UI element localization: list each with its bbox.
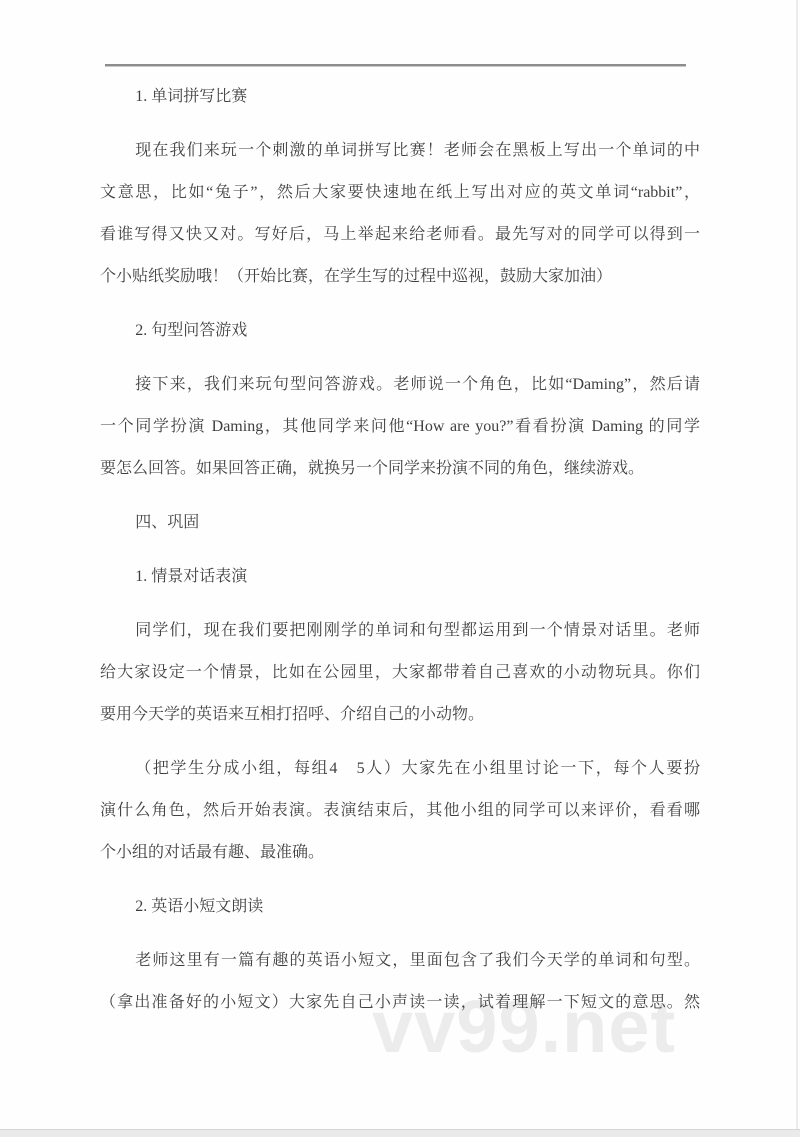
section-heading: 四、巩固 <box>100 502 700 544</box>
section-heading: 2. 英语小短文朗读 <box>100 886 700 928</box>
paragraph-line: 要用今天学的英语来互相打招呼、介绍自己的小动物。 <box>100 694 700 736</box>
paragraph-line: 看谁写得又快又对。写好后，马上举起来给老师看。最先写对的同学可以得到一 <box>100 214 700 256</box>
paragraph-line: 现在我们来玩一个刺激的单词拼写比赛！老师会在黑板上写出一个单词的中 <box>100 130 700 172</box>
paragraph-line: 一个同学扮演 Daming，其他同学来问他“How are you?”看看扮演 … <box>100 406 700 448</box>
paragraph-line: 老师这里有一篇有趣的英语小短文，里面包含了我们今天学的单词和句型。 <box>100 940 700 982</box>
paragraph-line: 同学们，现在我们要把刚刚学的单词和句型都运用到一个情景对话里。老师 <box>100 610 700 652</box>
paragraph-line: 接下来，我们来玩句型问答游戏。老师说一个角色，比如“Daming”，然后请 <box>100 364 700 406</box>
section-heading: 1. 单词拼写比赛 <box>100 76 700 118</box>
paragraph-line: 文意思，比如“兔子”，然后大家要快速地在纸上写出对应的英文单词“rabbit”， <box>100 172 700 214</box>
page-top-rule <box>105 64 686 67</box>
paragraph-line: 要怎么回答。如果回答正确，就换另一个同学来扮演不同的角色，继续游戏。 <box>100 448 700 490</box>
paragraph-line: 给大家设定一个情景，比如在公园里，大家都带着自己喜欢的小动物玩具。你们 <box>100 652 700 694</box>
paragraph: （把学生分成小组，每组4 5人）大家先在小组里讨论一下，每个人要扮 演什么角色，… <box>100 748 700 874</box>
section: 1. 情景对话表演 <box>100 556 700 598</box>
section-heading: 2. 句型问答游戏 <box>100 310 700 352</box>
section: 2. 句型问答游戏 <box>100 310 700 352</box>
section: 四、巩固 <box>100 502 700 544</box>
document-page: vv99.net 1. 单词拼写比赛 现在我们来玩一个刺激的单词拼写比赛！老师会… <box>0 0 800 1137</box>
paragraph: 现在我们来玩一个刺激的单词拼写比赛！老师会在黑板上写出一个单词的中 文意思，比如… <box>100 130 700 298</box>
page-right-edge <box>796 0 798 1137</box>
page-bottom-gap <box>0 1129 800 1137</box>
paragraph-line: 个小贴纸奖励哦！（开始比赛，在学生写的过程中巡视，鼓励大家加油） <box>100 256 700 298</box>
section: 1. 单词拼写比赛 <box>100 76 700 118</box>
paragraph: 老师这里有一篇有趣的英语小短文，里面包含了我们今天学的单词和句型。 （拿出准备好… <box>100 940 700 1024</box>
paragraph-line: （把学生分成小组，每组4 5人）大家先在小组里讨论一下，每个人要扮 <box>100 748 700 790</box>
paragraph: 接下来，我们来玩句型问答游戏。老师说一个角色，比如“Daming”，然后请 一个… <box>100 364 700 490</box>
paragraph-line: （拿出准备好的小短文）大家先自己小声读一读，试着理解一下短文的意思。然 <box>100 982 700 1024</box>
paragraph: 同学们，现在我们要把刚刚学的单词和句型都运用到一个情景对话里。老师 给大家设定一… <box>100 610 700 736</box>
section-heading: 1. 情景对话表演 <box>100 556 700 598</box>
paragraph-line: 个小组的对话最有趣、最准确。 <box>100 832 700 874</box>
document-content: 1. 单词拼写比赛 现在我们来玩一个刺激的单词拼写比赛！老师会在黑板上写出一个单… <box>100 76 700 1036</box>
section: 2. 英语小短文朗读 <box>100 886 700 928</box>
paragraph-line: 演什么角色，然后开始表演。表演结束后，其他小组的同学可以来评价，看看哪 <box>100 790 700 832</box>
